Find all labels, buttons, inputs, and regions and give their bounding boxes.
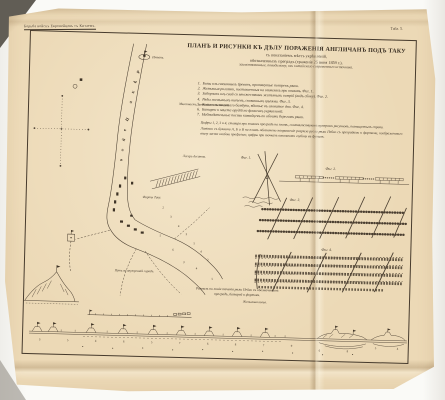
scanned-map-plate: Борьба войскъ Европейцевъ съ Китаемъ. Та…	[0, 0, 445, 400]
raft-1	[295, 176, 323, 182]
profile-depth: 9	[291, 344, 293, 348]
sounding: 3	[186, 232, 188, 236]
water-ripples	[242, 197, 278, 208]
walled-fort-band	[150, 168, 201, 190]
river-letter: х	[119, 147, 125, 152]
profile-depth: 6	[123, 340, 125, 344]
profile-depth: 3	[39, 337, 41, 341]
profile-depth: 6	[319, 349, 321, 353]
redoubt-ring	[73, 84, 77, 88]
river-letter: й	[121, 137, 127, 142]
north-fort	[139, 50, 150, 59]
shore-fort-sketch	[24, 264, 80, 304]
figures-caption: Желѣзныя колья.	[242, 300, 267, 305]
river-letter: ѣ	[132, 79, 138, 84]
river-letter: е	[122, 128, 127, 132]
profile-depth: 8	[235, 342, 237, 346]
sounding: 5	[160, 233, 162, 237]
label-road: Путь во внутренній городъ.	[114, 267, 155, 273]
profile-depth: 5	[67, 338, 69, 342]
large-fort-b	[371, 328, 406, 347]
small-forts	[32, 322, 270, 338]
roads-dashed	[69, 204, 210, 298]
sounding: 4	[200, 250, 202, 254]
map-sheet-paper: Борьба войскъ Европейцевъ съ Китаемъ. Та…	[2, 5, 437, 394]
profile-section	[29, 318, 408, 358]
profile-depth: 8	[347, 349, 349, 353]
profile-depth: 5	[375, 346, 377, 350]
stake-rows	[254, 254, 403, 291]
label-forts: Форты Таку.	[143, 195, 162, 199]
sounding-dots	[82, 346, 353, 356]
label-camp: Лагерь десанта.	[182, 154, 207, 159]
profile-depth: 4	[95, 339, 97, 343]
stakes	[268, 193, 407, 243]
label-north-fort: Импань.	[151, 55, 164, 59]
raft-3	[375, 178, 403, 184]
profile-depth: 6	[207, 342, 209, 346]
sounding: 4	[196, 266, 198, 270]
large-fort-a	[317, 325, 368, 349]
profile-depth: 7	[179, 341, 181, 345]
figure-1-label: Фиг. 1.	[241, 156, 252, 160]
sounding: 3	[183, 260, 185, 264]
sounding: 4	[178, 224, 180, 228]
map-frame: Р ѣ к а П е й х о Импань. Мѣстность, зан…	[22, 30, 417, 364]
sounding: 2	[162, 206, 164, 210]
hill-hatch	[32, 280, 68, 298]
battery-marks	[76, 78, 148, 233]
figure-2-boom	[279, 175, 409, 184]
sounding: 2	[207, 258, 209, 262]
figure-3-label: Фиг. 3.	[290, 198, 301, 202]
river-letter: к	[130, 89, 136, 94]
river-letter: а	[128, 99, 134, 104]
river-letter: Р	[135, 69, 141, 74]
profile-boom-line	[88, 310, 192, 318]
river-letter: П	[124, 116, 130, 122]
raft-2	[335, 177, 363, 183]
plan-drawing: Р ѣ к а П е й х о Импань. Мѣстность, зан…	[23, 31, 416, 363]
sounding: 5	[211, 277, 213, 281]
profile-depth: 4	[397, 347, 399, 351]
sounding: 5	[193, 241, 195, 245]
river-letter: о	[118, 157, 124, 162]
legend-list: 1.Боны изъ связанныхъ бревенъ, протянуты…	[191, 81, 411, 123]
sounding: 3	[170, 215, 172, 219]
profile-depth: 7	[263, 343, 265, 347]
profile-depth: 5	[151, 340, 153, 344]
south-fort	[67, 230, 74, 241]
plate-number: Табл. 5.	[391, 27, 403, 31]
figure-4-label: Фиг. 4.	[321, 248, 332, 252]
sounding: 6	[172, 248, 174, 252]
figure-2-label: Фиг. 2.	[325, 167, 336, 171]
compass-rose	[33, 94, 91, 167]
legend-item-number: 7.	[191, 113, 200, 118]
